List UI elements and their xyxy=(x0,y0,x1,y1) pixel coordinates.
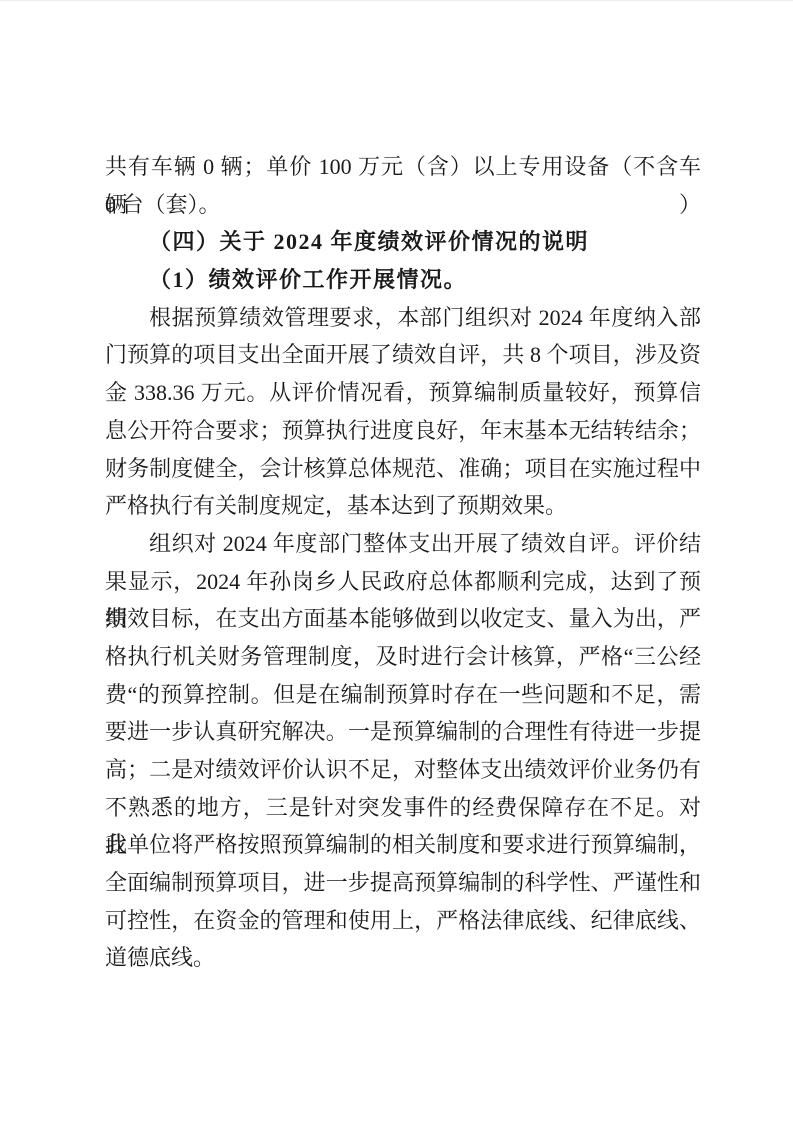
text-line: 我单位将严格按照预算编制的相关制度和要求进行预算编制， xyxy=(105,826,701,864)
text-line: 费“的预算控制。但是在编制预算时存在一些问题和不足，需 xyxy=(105,676,701,714)
text-line: 全面编制预算项目，进一步提高预算编制的科学性、严谨性和 xyxy=(105,864,701,902)
text-line: 息公开符合要求；预算执行进度良好，年末基本无结转结余； xyxy=(105,412,701,450)
sub-heading: （1）绩效评价工作开展情况。 xyxy=(105,261,701,299)
text-line: 财务制度健全，会计核算总体规范、准确；项目在实施过程中 xyxy=(105,450,701,488)
text-line: 绩效目标，在支出方面基本能够做到以收定支、量入为出，严 xyxy=(105,600,701,638)
document-page: 共有车辆 0 辆；单价 100 万元（含）以上专用设备（不含车辆） 0 台（套）… xyxy=(0,0,793,1122)
text-line: 果显示，2024 年孙岗乡人民政府总体都顺利完成，达到了预期 xyxy=(105,563,701,601)
text-line: 不熟悉的地方，三是针对突发事件的经费保障存在不足。对此， xyxy=(105,789,701,827)
text-line: 组织对 2024 年度部门整体支出开展了绩效自评。评价结 xyxy=(105,525,701,563)
text-line: 根据预算绩效管理要求，本部门组织对 2024 年度纳入部 xyxy=(105,299,701,337)
text-line: 要进一步认真研究解决。一是预算编制的合理性有待进一步提 xyxy=(105,713,701,751)
text-line: 高；二是对绩效评价认识不足，对整体支出绩效评价业务仍有 xyxy=(105,751,701,789)
text-line: 门预算的项目支出全面开展了绩效自评，共 8 个项目，涉及资 xyxy=(105,336,701,374)
section-heading: （四）关于 2024 年度绩效评价情况的说明 xyxy=(105,223,701,261)
text-line: 严格执行有关制度规定，基本达到了预期效果。 xyxy=(105,487,701,525)
text-line: 金 338.36 万元。从评价情况看，预算编制质量较好，预算信 xyxy=(105,374,701,412)
text-line: 可控性，在资金的管理和使用上，严格法律底线、纪律底线、 xyxy=(105,902,701,940)
page-text-content: 共有车辆 0 辆；单价 100 万元（含）以上专用设备（不含车辆） 0 台（套）… xyxy=(105,148,701,977)
text-line: 道德底线。 xyxy=(105,939,701,977)
text-line: 格执行机关财务管理制度，及时进行会计核算，严格“三公经 xyxy=(105,638,701,676)
text-line: 共有车辆 0 辆；单价 100 万元（含）以上专用设备（不含车辆） xyxy=(105,148,701,186)
